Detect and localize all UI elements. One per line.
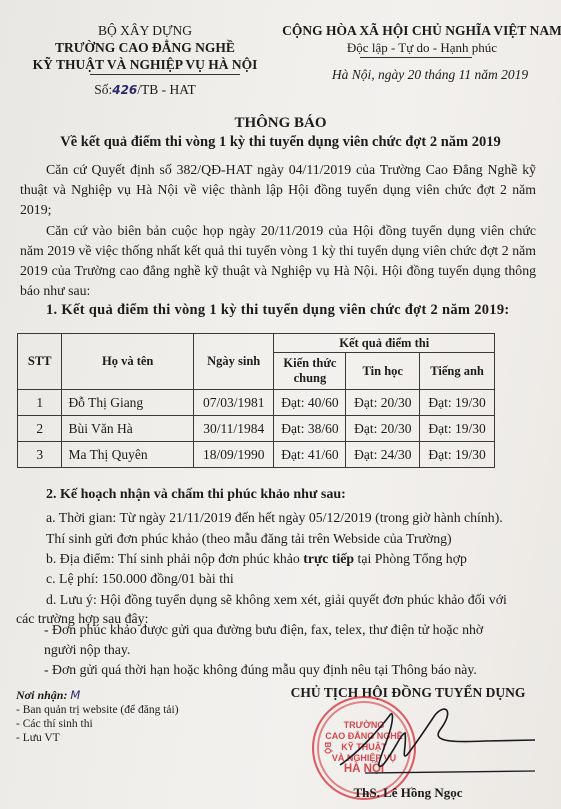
exclusion-bullet-1-cont: người nộp thay. (44, 639, 130, 660)
national-header-block: CỘNG HÒA XÃ HỘI CHỦ NGHĨA VIỆT NAM Độc l… (282, 22, 561, 83)
header-results-group: Kết quả điểm thi (274, 334, 495, 353)
school-name-line2: KỸ THUẬT VÀ NGHIỆP VỤ HÀ NỘI (20, 56, 270, 73)
national-motto: Độc lập - Tự do - Hạnh phúc (282, 39, 561, 56)
motto-divider (360, 57, 472, 58)
table-row: 2 Bùi Văn Hà 30/11/1984 Đạt: 38/60 Đạt: … (18, 416, 495, 442)
cell-general: Đạt: 41/60 (274, 442, 346, 468)
signer-name: ThS. Lê Hồng Ngọc (258, 785, 558, 801)
header-dob: Ngày sinh (193, 334, 273, 390)
table-row: 3 Ma Thị Quyên 18/09/1990 Đạt: 41/60 Đạt… (18, 442, 495, 468)
document-number-handwritten: 426 (112, 83, 137, 97)
document-date: Hà Nội, ngày 20 tháng 11 năm 2019 (290, 66, 561, 83)
recipient-item: - Lưu VT (16, 731, 179, 745)
header-divider (90, 74, 240, 75)
document-number: Số:426/TB - HAT (20, 81, 270, 99)
school-name-line1: TRƯỜNG CAO ĐẲNG NGHỀ (20, 39, 270, 56)
header-it: Tin học (346, 353, 420, 390)
exclusion-bullet-1: - Đơn phúc khảo được gửi qua đường bưu đ… (44, 619, 483, 640)
item-a-time: a. Thời gian: Từ ngày 21/11/2019 đến hết… (46, 507, 503, 528)
item-c-fee: c. Lệ phí: 150.000 đồng/01 bài thi (46, 568, 234, 589)
ministry-name: BỘ XÂY DỰNG (20, 22, 270, 39)
emphasis-direct: trực tiếp (303, 551, 354, 566)
cell-dob: 18/09/1990 (193, 442, 273, 468)
handwritten-signature (335, 705, 545, 780)
cell-dob: 07/03/1981 (193, 390, 273, 416)
item-a-note: Thí sinh gửi đơn phúc khảo (theo mẫu đăn… (46, 528, 452, 549)
document-title: THÔNG BÁO (0, 114, 561, 133)
legal-basis-paragraph-1: Căn cứ Quyết định số 382/QĐ-HAT ngày 04/… (20, 160, 536, 220)
document-number-suffix: /TB - HAT (137, 82, 196, 97)
exclusion-bullet-2: - Đơn gửi quá thời hạn hoặc không đúng m… (44, 659, 477, 680)
header-general-knowledge: Kiến thức chung (274, 353, 346, 390)
handwritten-initials: M (70, 688, 80, 702)
header-english: Tiếng anh (420, 353, 495, 390)
cell-stt: 2 (18, 416, 62, 442)
cell-english: Đạt: 19/30 (420, 416, 495, 442)
header-name: Họ và tên (62, 334, 194, 390)
cell-general: Đạt: 40/60 (274, 390, 346, 416)
issuing-authority-block: BỘ XÂY DỰNG TRƯỜNG CAO ĐẲNG NGHỀ KỸ THUẬ… (20, 22, 270, 99)
cell-it: Đạt: 20/30 (346, 416, 420, 442)
table-row: 1 Đỗ Thị Giang 07/03/1981 Đạt: 40/60 Đạt… (18, 390, 495, 416)
cell-name: Ma Thị Quyên (62, 442, 194, 468)
cell-it: Đạt: 20/30 (346, 390, 420, 416)
item-b-location: b. Địa điểm: Thí sinh phải nộp đơn phúc … (46, 548, 467, 569)
cell-stt: 3 (18, 442, 62, 468)
section-1-heading: 1. Kết quả điểm thi vòng 1 kỳ thi tuyển … (46, 302, 510, 319)
recipients-label: Nơi nhận: (16, 688, 67, 702)
recipient-item: - Ban quản trị website (để đăng tải) (16, 703, 179, 717)
recipient-item: - Các thí sinh thi (16, 717, 179, 731)
signer-title: CHỦ TỊCH HỘI ĐỒNG TUYỂN DỤNG (258, 685, 558, 701)
cell-stt: 1 (18, 390, 62, 416)
legal-basis-paragraph-2: Căn cứ vào biên bản cuộc họp ngày 20/11/… (20, 221, 536, 301)
item-d-note: d. Lưu ý: Hội đồng tuyển dụng sẽ không x… (46, 589, 507, 610)
recipients-block: Nơi nhận: M - Ban quản trị website (để đ… (16, 688, 179, 745)
cell-name: Đỗ Thị Giang (62, 390, 194, 416)
cell-general: Đạt: 38/60 (274, 416, 346, 442)
document-subtitle: Về kết quả điểm thi vòng 1 kỳ thi tuyển … (0, 133, 561, 152)
header-stt: STT (18, 334, 62, 390)
cell-english: Đạt: 19/30 (420, 390, 495, 416)
cell-it: Đạt: 24/30 (346, 442, 420, 468)
cell-dob: 30/11/1984 (193, 416, 273, 442)
results-table: STT Họ và tên Ngày sinh Kết quả điểm thi… (17, 333, 495, 468)
cell-name: Bùi Văn Hà (62, 416, 194, 442)
cell-english: Đạt: 19/30 (420, 442, 495, 468)
section-2-heading: 2. Kế hoạch nhận và chấm thi phúc khảo n… (46, 487, 346, 503)
republic-name: CỘNG HÒA XÃ HỘI CHỦ NGHĨA VIỆT NAM (282, 22, 561, 39)
document-number-prefix: Số: (94, 82, 112, 97)
